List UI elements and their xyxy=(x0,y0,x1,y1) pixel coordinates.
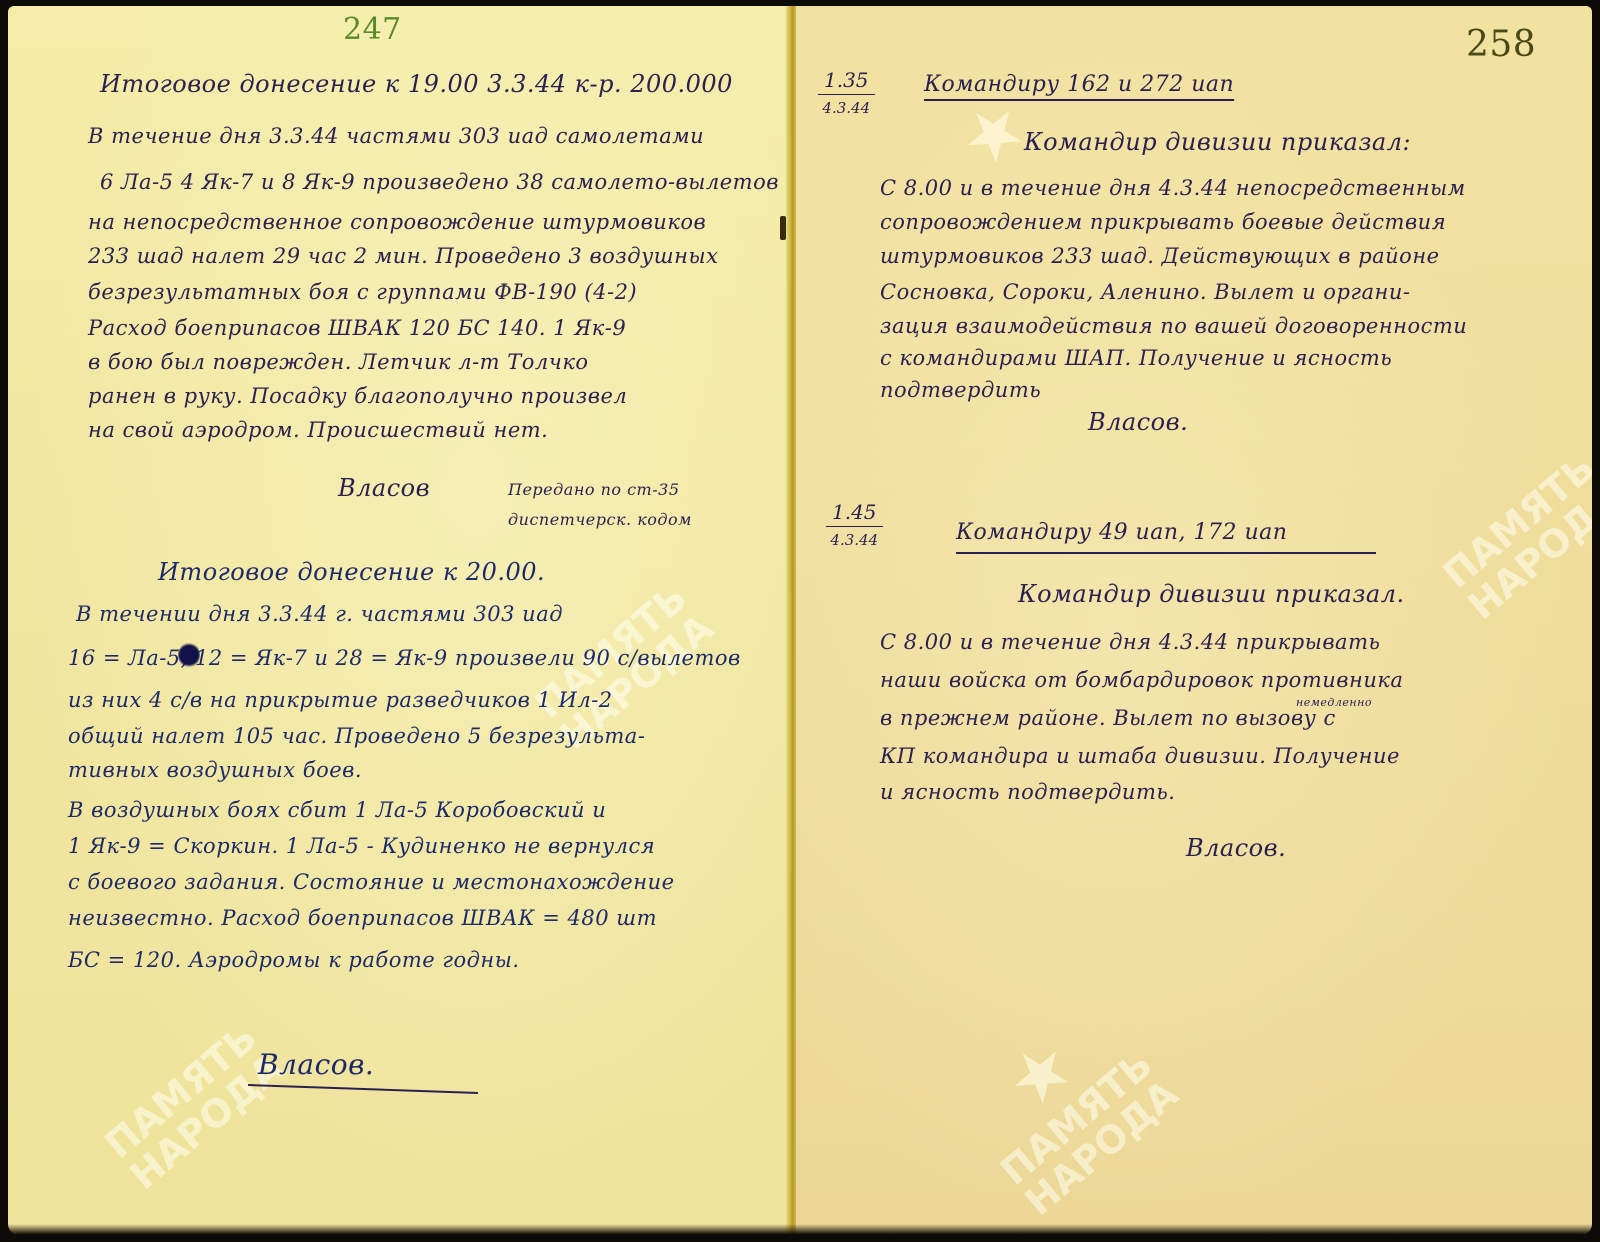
order-line: наши войска от бомбардировок противника xyxy=(880,670,1403,691)
order-line: штурмовиков 233 шад. Действующих в район… xyxy=(880,246,1440,267)
page-number: 247 xyxy=(343,12,402,47)
signature: Власов. xyxy=(1186,834,1286,862)
report-line: 1 Як-9 = Скоркин. 1 Ла-5 - Кудиненко не … xyxy=(68,836,655,857)
report-line: безрезультатных боя с группами ФВ-190 (4… xyxy=(88,282,637,303)
document-spread: ПАМЯТЬ НАРОДА ПАМЯТЬ НАРОДА 247 Итоговое… xyxy=(8,6,1592,1234)
signature-underline xyxy=(248,1084,478,1094)
report-line: из них 4 с/в на прикрытие разведчиков 1 … xyxy=(68,690,613,711)
binding-mark xyxy=(780,216,786,240)
report-line: В течение дня 3.3.44 частями 303 иад сам… xyxy=(88,126,704,147)
report-line: в бою был поврежден. Летчик л-т Толчко xyxy=(88,352,589,373)
ink-blot xyxy=(178,642,200,668)
transmission-note: диспетчерск. кодом xyxy=(508,510,692,529)
order-line: с командирами ШАП. Получение и ясность xyxy=(880,348,1392,369)
addressee: Командиру 49 иап, 172 иап xyxy=(956,520,1287,545)
addressee-underline xyxy=(956,552,1376,554)
order-line: зация взаимодействия по вашей договоренн… xyxy=(880,316,1467,337)
report-line: БС = 120. Аэродромы к работе годны. xyxy=(68,950,520,971)
order-line: С 8.00 и в течение дня 4.3.44 непосредст… xyxy=(880,178,1466,199)
report-line: тивных воздушных боев. xyxy=(68,760,362,781)
report-title: Итоговое донесение к 19.00 3.3.44 к-р. 2… xyxy=(100,70,733,98)
signature: Власов. xyxy=(1088,408,1188,436)
order-line: в прежнем районе. Вылет по вызову с xyxy=(880,708,1336,729)
report-title: Итоговое донесение к 20.00. xyxy=(158,558,545,586)
report-line: общий налет 105 час. Проведено 5 безрезу… xyxy=(68,726,645,747)
order-line: и ясность подтвердить. xyxy=(880,782,1175,803)
report-line: с боевого задания. Состояние и местонахо… xyxy=(68,872,675,893)
order-line: КП командира и штаба дивизии. Получение xyxy=(880,746,1400,767)
watermark: ПАМЯТЬ НАРОДА xyxy=(98,1017,291,1197)
order-line: сопровождением прикрывать боевые действи… xyxy=(880,212,1446,233)
page-number: 258 xyxy=(1466,24,1536,65)
right-page: ★ ПАМЯТЬ НАРОДА ★ ПАМЯТЬ НАРОДА 258 1.35… xyxy=(796,6,1592,1234)
order-line: С 8.00 и в течение дня 4.3.44 прикрывать xyxy=(880,632,1380,653)
report-line: 233 шад налет 29 час 2 мин. Проведено 3 … xyxy=(88,246,718,267)
star-icon: ★ xyxy=(946,987,1135,1162)
watermark: ПАМЯТЬ НАРОДА xyxy=(1436,447,1592,627)
timestamp: 1.35 4.3.44 xyxy=(818,68,875,117)
report-line: на свой аэродром. Происшествий нет. xyxy=(88,420,548,441)
transmission-note: Передано по ст-35 xyxy=(508,480,680,499)
order-heading: Командир дивизии приказал: xyxy=(1024,128,1411,156)
report-line: В воздушных боях сбит 1 Ла-5 Коробовский… xyxy=(68,800,606,821)
report-line: 6 Ла-5 4 Як-7 и 8 Як-9 произведено 38 са… xyxy=(100,172,779,193)
order-line: подтвердить xyxy=(880,380,1041,401)
report-line: неизвестно. Расход боеприпасов ШВАК = 48… xyxy=(68,908,657,929)
report-line: Расход боеприпасов ШВАК 120 БС 140. 1 Як… xyxy=(88,318,626,339)
left-page: ПАМЯТЬ НАРОДА ПАМЯТЬ НАРОДА 247 Итоговое… xyxy=(8,6,788,1234)
page-bottom-edge xyxy=(8,1224,1592,1234)
order-line: Сосновка, Сороки, Аленино. Вылет и орган… xyxy=(880,282,1410,303)
report-line: В течении дня 3.3.44 г. частями 303 иад xyxy=(76,604,563,625)
order-heading: Командир дивизии приказал. xyxy=(1018,580,1405,608)
timestamp: 1.45 4.3.44 xyxy=(826,500,883,549)
report-line: на непосредственное сопровождение штурмо… xyxy=(88,212,706,233)
watermark: ★ ПАМЯТЬ НАРОДА xyxy=(946,987,1186,1223)
report-line: 16 = Ла-5, 12 = Як-7 и 28 = Як-9 произве… xyxy=(68,648,741,669)
signature: Власов xyxy=(338,474,430,502)
signature: Власов. xyxy=(258,1048,374,1081)
report-line: ранен в руку. Посадку благополучно произ… xyxy=(88,386,627,407)
addressee: Командиру 162 и 272 иап xyxy=(924,72,1234,97)
